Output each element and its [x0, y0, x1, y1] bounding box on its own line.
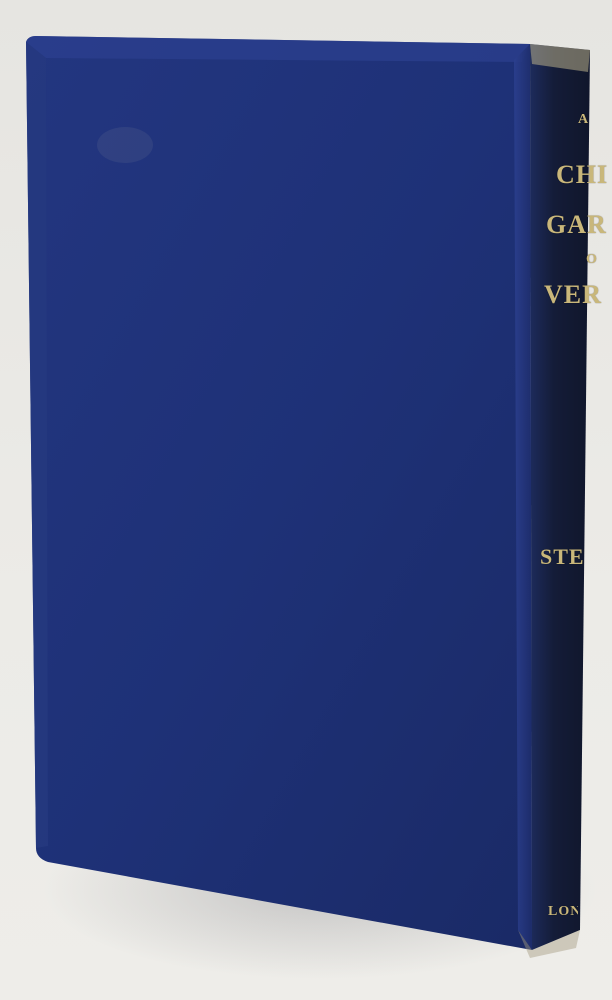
spine-title-line-5: VER — [544, 280, 612, 310]
spine-title-line-4: O — [586, 252, 598, 268]
spine-title-line-2: CHI — [556, 160, 612, 190]
spine-title-line-1: A — [578, 112, 589, 128]
spine-publisher: LON — [548, 904, 578, 920]
spine-author: STE — [540, 544, 600, 570]
book-illustration — [0, 0, 612, 1000]
spine-title-line-3: GAR — [546, 210, 612, 240]
front-cover — [26, 36, 532, 950]
